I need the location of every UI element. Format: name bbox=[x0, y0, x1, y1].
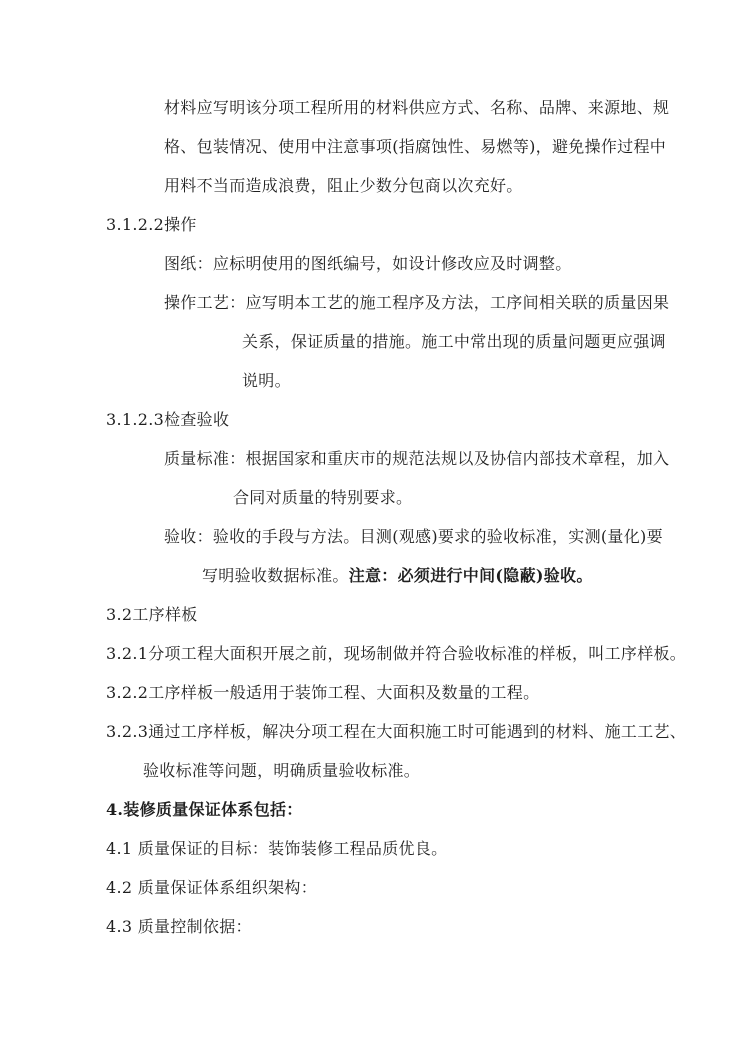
line-text: 验收：验收的手段与方法。目测(观感)要求的验收标准，实测(量化)要 bbox=[164, 527, 663, 546]
heading-3-2: 3.2工序样板 bbox=[0, 595, 744, 634]
line-text: 关系，保证质量的措施。施工中常出现的质量问题更应强调 bbox=[242, 332, 666, 351]
line-text: 3.2.1分项工程大面积开展之前，现场制做并符合验收标准的样板，叫工序样板。 bbox=[106, 644, 686, 663]
line-text: 3.2.2工序样板一般适用于装饰工程、大面积及数量的工程。 bbox=[106, 683, 539, 702]
document-page: 材料应写明该分项工程所用的材料供应方式、名称、品牌、来源地、规 格、包装情况、使… bbox=[0, 0, 744, 1052]
paragraph-line: 用料不当而造成浪费，阻止少数分包商以次充好。 bbox=[0, 166, 744, 205]
paragraph-line: 4.1 质量保证的目标：装饰装修工程品质优良。 bbox=[0, 829, 744, 868]
paragraph-line: 材料应写明该分项工程所用的材料供应方式、名称、品牌、来源地、规 bbox=[0, 88, 744, 127]
line-text: 4.3 质量控制依据： bbox=[106, 917, 252, 936]
heading-3-1-2-2: 3.1.2.2操作 bbox=[0, 205, 744, 244]
line-text: 图纸：应标明使用的图纸编号，如设计修改应及时调整。 bbox=[164, 254, 572, 273]
paragraph-line: 4.3 质量控制依据： bbox=[0, 907, 744, 946]
paragraph-line: 4.2 质量保证体系组织架构： bbox=[0, 868, 744, 907]
paragraph-line: 合同对质量的特别要求。 bbox=[0, 478, 744, 517]
paragraph-line-with-notice: 写明验收数据标准。注意：必须进行中间(隐蔽)验收。 bbox=[0, 556, 744, 595]
line-text: 验收标准等问题，明确质量验收标准。 bbox=[143, 761, 420, 780]
paragraph-line: 验收：验收的手段与方法。目测(观感)要求的验收标准，实测(量化)要 bbox=[0, 517, 744, 556]
notice-bold-text: 注意：必须进行中间(隐蔽)验收。 bbox=[349, 566, 593, 585]
paragraph-line: 图纸：应标明使用的图纸编号，如设计修改应及时调整。 bbox=[0, 244, 744, 283]
paragraph-line: 质量标准：根据国家和重庆市的规范法规以及协信内部技术章程，加入 bbox=[0, 439, 744, 478]
line-text: 3.2工序样板 bbox=[106, 605, 198, 624]
line-text: 写明验收数据标准。 bbox=[202, 566, 349, 585]
line-text: 3.1.2.3检查验收 bbox=[106, 410, 229, 429]
heading-3-1-2-3: 3.1.2.3检查验收 bbox=[0, 400, 744, 439]
line-text: 质量标准：根据国家和重庆市的规范法规以及协信内部技术章程，加入 bbox=[164, 449, 669, 468]
line-text: 操作工艺：应写明本工艺的施工程序及方法，工序间相关联的质量因果 bbox=[164, 293, 669, 312]
line-text: 合同对质量的特别要求。 bbox=[233, 488, 412, 507]
line-text: 3.2.3通过工序样板，解决分项工程在大面积施工时可能遇到的材料、施工工艺、 bbox=[106, 722, 686, 741]
line-text: 说明。 bbox=[242, 371, 291, 390]
paragraph-line: 操作工艺：应写明本工艺的施工程序及方法，工序间相关联的质量因果 bbox=[0, 283, 744, 322]
line-text: 用料不当而造成浪费，阻止少数分包商以次充好。 bbox=[164, 176, 523, 195]
heading-bold-text: 4.装修质量保证体系包括： bbox=[106, 800, 303, 819]
line-text: 材料应写明该分项工程所用的材料供应方式、名称、品牌、来源地、规 bbox=[164, 98, 669, 117]
line-text: 4.1 质量保证的目标：装饰装修工程品质优良。 bbox=[106, 839, 447, 858]
document-body: 材料应写明该分项工程所用的材料供应方式、名称、品牌、来源地、规 格、包装情况、使… bbox=[0, 88, 744, 946]
paragraph-line: 格、包装情况、使用中注意事项(指腐蚀性、易燃等)，避免操作过程中 bbox=[0, 127, 744, 166]
line-text: 格、包装情况、使用中注意事项(指腐蚀性、易燃等)，避免操作过程中 bbox=[164, 137, 666, 156]
heading-4: 4.装修质量保证体系包括： bbox=[0, 790, 744, 829]
paragraph-line: 说明。 bbox=[0, 361, 744, 400]
paragraph-line: 3.2.2工序样板一般适用于装饰工程、大面积及数量的工程。 bbox=[0, 673, 744, 712]
paragraph-line: 关系，保证质量的措施。施工中常出现的质量问题更应强调 bbox=[0, 322, 744, 361]
paragraph-line: 验收标准等问题，明确质量验收标准。 bbox=[0, 751, 744, 790]
line-text: 3.1.2.2操作 bbox=[106, 215, 197, 234]
paragraph-line: 3.2.3通过工序样板，解决分项工程在大面积施工时可能遇到的材料、施工工艺、 bbox=[0, 712, 744, 751]
paragraph-line: 3.2.1分项工程大面积开展之前，现场制做并符合验收标准的样板，叫工序样板。 bbox=[0, 634, 744, 673]
line-text: 4.2 质量保证体系组织架构： bbox=[106, 878, 317, 897]
